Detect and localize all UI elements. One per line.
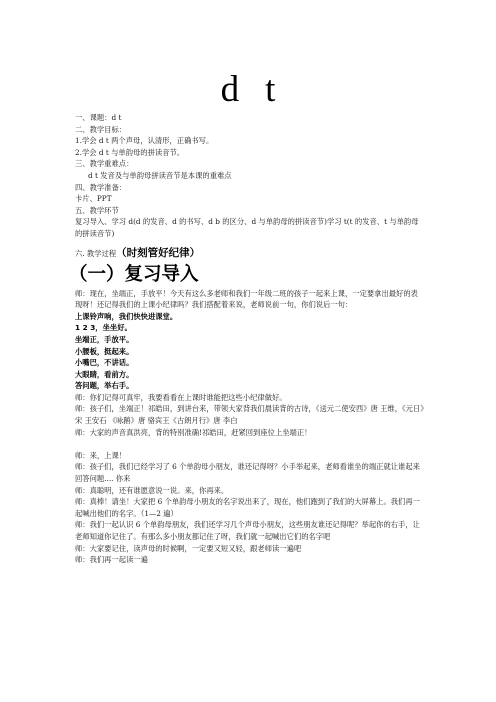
process-heading: 六. 教学过程（时刻管好纪律） <box>75 246 425 261</box>
blank-line <box>75 438 425 450</box>
document-page: dt 一、课题：d t 二、教学目标： 1.学会 d t 两个声母，认清形，正确… <box>0 0 496 702</box>
steps-text: 复习导入、学习 d(d 的发音、d 的书写、d b 的区分、d 与单韵母的拼读音… <box>75 216 425 239</box>
steps-heading: 五、教学环节 <box>75 205 425 217</box>
classroom-rules-list: 上课铃声响，我们快快进课堂。 1 2 3，坐坐好。 坐端正，手放平。 小腰板，挺… <box>75 311 425 392</box>
rule-line: 大眼睛，看前方。 <box>75 369 425 381</box>
goal-item-1: 1.学会 d t 两个声母，认清形，正确书写。 <box>75 135 425 147</box>
dialogue-line: 师：我们再一起读一遍 <box>75 554 425 566</box>
topic-line: 一、课题：d t <box>75 112 425 124</box>
key-points-heading: 三、教学重难点： <box>75 158 425 170</box>
dialogue-line: 师：孩子们，我们已经学习了 6 个单韵母小朋友，谁还记得呀？小手举起来，老师看谁… <box>75 461 425 484</box>
dialogue-line: 师：真棒！请坐！大家把 6 个单韵母小朋友的名字说出来了，现在，他们跑到了我们的… <box>75 496 425 519</box>
dialogue-block-a: 师：你们记得可真牢，我要看看在上课时谁能把这些小纪律做好。 师：孩子们，坐端正！… <box>75 392 425 438</box>
part-one-heading: （一）复习导入 <box>69 263 425 287</box>
lesson-title: dt <box>0 70 496 110</box>
goals-heading: 二、教学目标： <box>75 124 425 136</box>
process-heading-prefix: 六. 教学过程 <box>75 249 116 258</box>
dialogue-line: 师：大家要记住，读声母的时候啊，一定要又短又轻，跟老师读一遍吧 <box>75 543 425 555</box>
key-points-text: d t 发音及与单韵母拼读音节是本课的重难点 <box>75 170 425 182</box>
part-one-intro: 师：现在，坐端正，手放平！今天有这么多老师和我们一年级二班的孩子一起来上课，一定… <box>75 288 425 311</box>
rule-line: 答问题，举右手。 <box>75 380 425 392</box>
dialogue-line: 师：你们记得可真牢，我要看看在上课时谁能把这些小纪律做好。 <box>75 392 425 404</box>
rule-line: 小腰板，挺起来。 <box>75 346 425 358</box>
title-letter-t: t <box>265 70 275 110</box>
prep-heading: 四、教学准备： <box>75 182 425 194</box>
process-heading-emphasis: （时刻管好纪律） <box>116 247 200 259</box>
dialogue-line: 师：真聪明，还有谁愿意说一说。来，你再来。 <box>75 485 425 497</box>
title-letter-d: d <box>221 70 240 110</box>
rule-line: 坐端正，手放平。 <box>75 334 425 346</box>
prep-text: 卡片、PPT <box>75 193 425 205</box>
rule-line: 1 2 3，坐坐好。 <box>75 322 425 334</box>
goal-item-2: 2.学会 d t 与单韵母的拼读音节。 <box>75 147 425 159</box>
dialogue-line: 师：我们一起认识 6 个单韵母朋友，我们还学习几个声母小朋友，这些朋友谁还记得呢… <box>75 519 425 542</box>
dialogue-line: 师：大家的声音真洪亮，背的特别准确!祁皓田，赶紧回到座位上坐端正！ <box>75 427 425 439</box>
document-body: 一、课题：d t 二、教学目标： 1.学会 d t 两个声母，认清形，正确书写。… <box>75 112 425 566</box>
rule-line: 小嘴巴，不讲话。 <box>75 357 425 369</box>
dialogue-line: 师：来，上课！ <box>75 450 425 462</box>
dialogue-line: 师：孩子们，坐端正！祁皓田，到讲台来，带领大家背我们晨读背的古诗，《送元二使安西… <box>75 403 425 426</box>
dialogue-block-b: 师：来，上课！ 师：孩子们，我们已经学习了 6 个单韵母小朋友，谁还记得呀？小手… <box>75 450 425 566</box>
rule-line: 上课铃声响，我们快快进课堂。 <box>75 311 425 323</box>
